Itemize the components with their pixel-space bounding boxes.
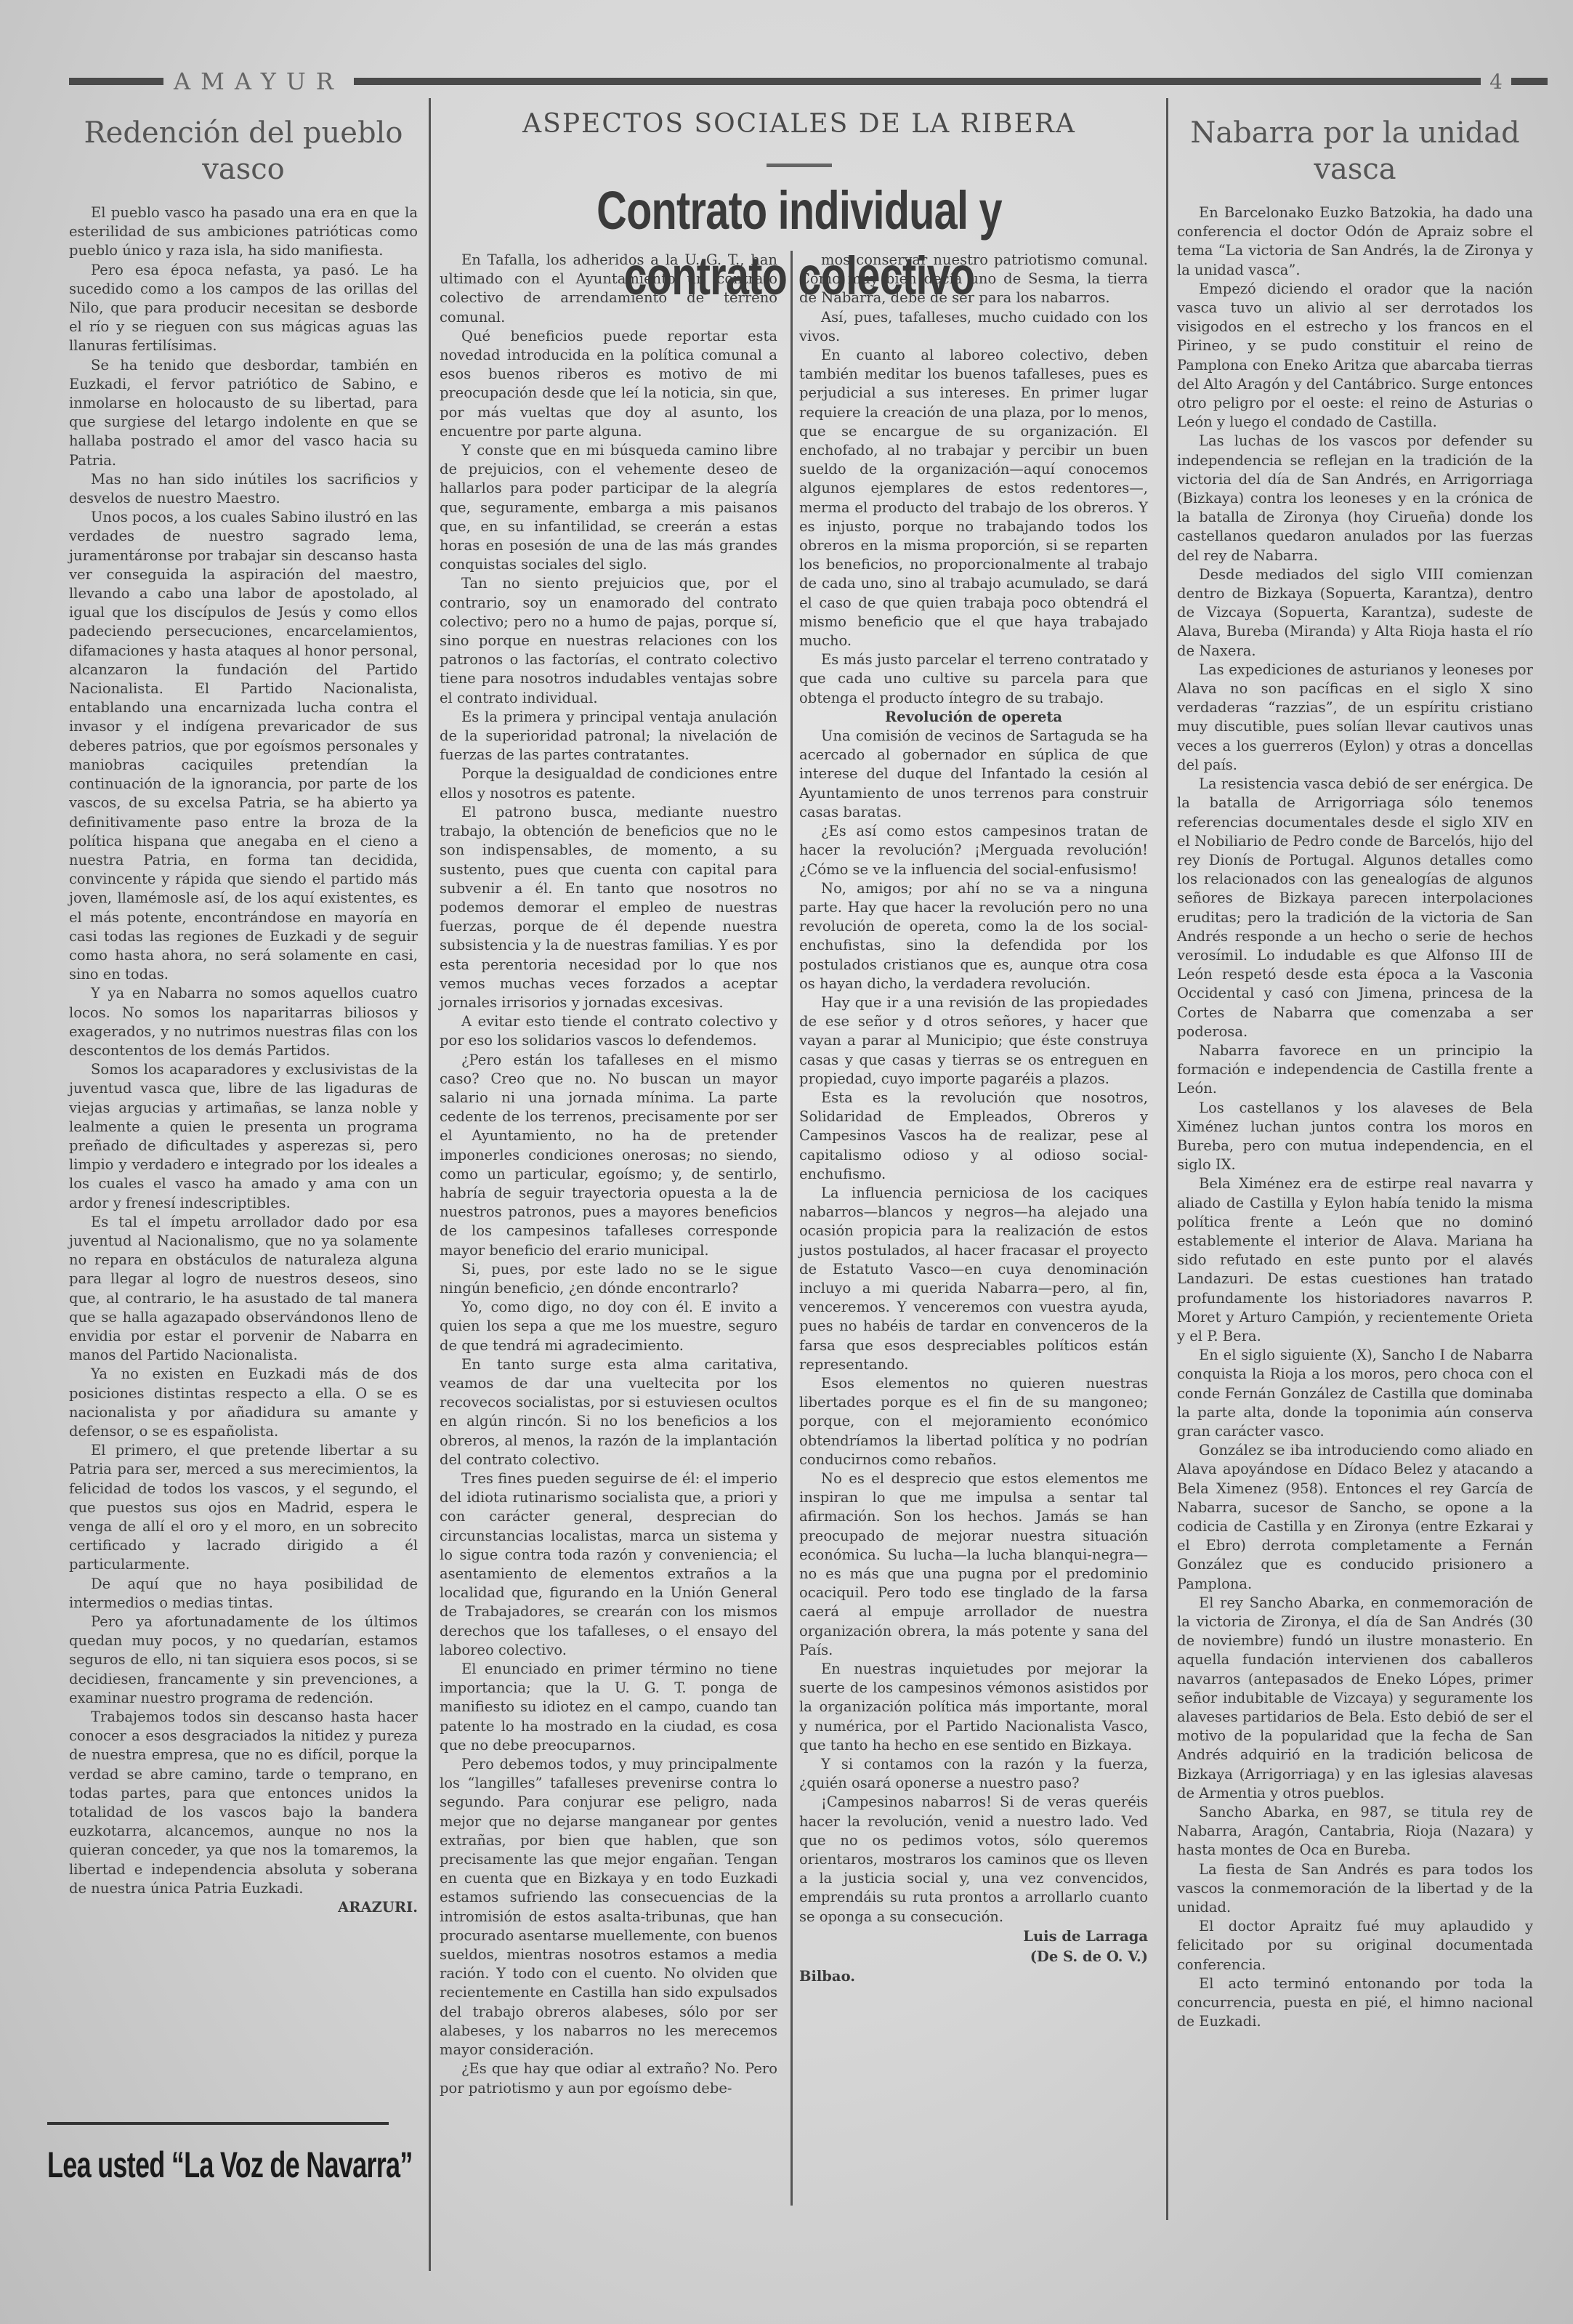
paragraph: En nuestras inquietudes por mejorar la s… xyxy=(799,1660,1148,1755)
masthead-rule xyxy=(69,78,163,85)
masthead-rule xyxy=(354,78,1481,85)
paragraph: ¿Es así como estos campesinos tratan de … xyxy=(799,822,1148,879)
article-body: Una comisión de vecinos de Sartaguda se … xyxy=(799,727,1148,1926)
paragraph: Empezó diciendo el orador que la nación … xyxy=(1177,280,1533,432)
paragraph: González se iba introduciendo como aliad… xyxy=(1177,1441,1533,1594)
paragraph: No es el desprecio que estos elementos m… xyxy=(799,1469,1148,1660)
paragraph: Pero ya afortunadamente de los últimos q… xyxy=(69,1613,418,1708)
advertisement: Lea usted “La Voz de Navarra” xyxy=(47,2144,299,2186)
paragraph: Y conste que en mi búsqueda camino libre… xyxy=(440,441,777,574)
article-redencion: Redención del pueblo vasco El pueblo vas… xyxy=(69,109,418,1917)
paragraph: En tanto surge esta alma caritativa, vea… xyxy=(440,1355,777,1469)
paragraph: El acto terminó entonando por toda la co… xyxy=(1177,1974,1533,2032)
paragraph: Se ha tenido que desbordar, también en E… xyxy=(69,356,418,470)
masthead: AMAYUR 4 xyxy=(69,67,1548,96)
paragraph: Y si contamos con la razón y la fuerza, … xyxy=(799,1755,1148,1793)
paragraph: No, amigos; por ahí no se va a ninguna p… xyxy=(799,879,1148,993)
paragraph: Tres fines pueden seguirse de él: el imp… xyxy=(440,1469,777,1660)
paragraph: El pueblo vasco ha pasado una era en que… xyxy=(69,203,418,261)
paragraph: Yo, como digo, no doy con él. E invito a… xyxy=(440,1298,777,1355)
paragraph: La influencia perniciosa de los caciques… xyxy=(799,1184,1148,1374)
paragraph: Porque la desigualdad de condiciones ent… xyxy=(440,764,777,802)
article-body: mos conservar nuestro patriotismo comuna… xyxy=(799,251,1148,708)
paragraph: Esta es la revolución que nosotros, Soli… xyxy=(799,1089,1148,1184)
paragraph: En cuanto al laboreo colectivo, deben ta… xyxy=(799,346,1148,650)
paragraph: Pero esa época nefasta, ya pasó. Le ha s… xyxy=(69,261,418,356)
newspaper-page: AMAYUR 4 Redención del pueblo vasco El p… xyxy=(0,0,1573,2324)
paragraph: Y ya en Nabarra no somos aquellos cuatro… xyxy=(69,984,418,1060)
author-name: Luis de Larraga xyxy=(1023,1928,1148,1945)
dateline: Bilbao. xyxy=(799,1967,1148,1986)
paragraph: Trabajemos todos sin descanso hasta hace… xyxy=(69,1708,418,1898)
paragraph: A evitar esto tiende el contrato colecti… xyxy=(440,1012,777,1050)
paragraph: La fiesta de San Andrés es para todos lo… xyxy=(1177,1860,1533,1918)
article-signature: ARAZURI. xyxy=(69,1898,418,1917)
article-contrato-part2: mos conservar nuestro patriotismo comuna… xyxy=(799,251,1148,1986)
paragraph: Bela Ximénez era de estirpe real navarra… xyxy=(1177,1174,1533,1346)
paragraph: Es la primera y principal ventaja anulac… xyxy=(440,708,777,765)
paragraph: La resistencia vasca debió de ser enérgi… xyxy=(1177,775,1533,1041)
author-source: (De S. de O. V.) xyxy=(1030,1948,1148,1965)
paragraph: Una comisión de vecinos de Sartaguda se … xyxy=(799,727,1148,822)
paragraph: El rey Sancho Abarka, en conmemoración d… xyxy=(1177,1594,1533,1803)
paragraph: Sancho Abarka, en 987, se titula rey de … xyxy=(1177,1803,1533,1860)
article-title: Nabarra por la unidad vasca xyxy=(1177,115,1533,187)
paragraph: El primero, el que pretende libertar a s… xyxy=(69,1441,418,1574)
paragraph: Los castellanos y los alaveses de Bela X… xyxy=(1177,1099,1533,1175)
paragraph: Las expediciones de asturianos y leonese… xyxy=(1177,661,1533,775)
paragraph: En Barcelonako Euzko Batzokia, ha dado u… xyxy=(1177,203,1533,280)
paragraph: El doctor Apraitz fué muy aplaudido y fe… xyxy=(1177,1917,1533,1974)
newspaper-name: AMAYUR xyxy=(163,68,354,95)
page-number: 4 xyxy=(1481,70,1511,94)
paragraph: Qué beneficios puede reportar esta noved… xyxy=(440,327,777,441)
masthead-rule xyxy=(1511,78,1548,85)
article-body: En Barcelonako Euzko Batzokia, ha dado u… xyxy=(1177,203,1533,2032)
article-nabarra: Nabarra por la unidad vasca En Barcelona… xyxy=(1177,109,1533,2032)
paragraph: Ya no existen en Euzkadi más de dos posi… xyxy=(69,1365,418,1441)
section-kicker: ASPECTOS SOCIALES DE LA RIBERA xyxy=(440,109,1159,139)
paragraph: Desde mediados del siglo VIII comienzan … xyxy=(1177,565,1533,661)
paragraph: De aquí que no haya posibilidad de inter… xyxy=(69,1575,418,1613)
article-contrato-part1: En Tafalla, los adheridos a la U. G. T.,… xyxy=(440,251,777,2098)
paragraph: Nabarra favorece en un principio la form… xyxy=(1177,1041,1533,1099)
column-divider xyxy=(429,98,431,2271)
paragraph: ¡Campesinos nabarros! Si de veras queréi… xyxy=(799,1793,1148,1926)
paragraph: El patrono busca, mediante nuestro traba… xyxy=(440,803,777,1012)
article-body: En Tafalla, los adheridos a la U. G. T.,… xyxy=(440,251,777,2098)
article-title: Redención del pueblo vasco xyxy=(69,115,418,187)
paragraph: Mas no han sido inútiles los sacrificios… xyxy=(69,470,418,508)
kicker-rule xyxy=(767,164,832,167)
paragraph: ¿Es que hay que odiar al extraño? No. Pe… xyxy=(440,2059,777,2097)
paragraph: ¿Pero están los tafalleses en el mismo c… xyxy=(440,1051,777,1260)
article-body: El pueblo vasco ha pasado una era en que… xyxy=(69,203,418,1898)
paragraph: Unos pocos, a los cuales Sabino ilustró … xyxy=(69,508,418,984)
ad-divider xyxy=(47,2122,389,2125)
subheading: Revolución de opereta xyxy=(799,708,1148,727)
paragraph: Así, pues, tafalleses, mucho cuidado con… xyxy=(799,308,1148,346)
paragraph: El enunciado en primer término no tiene … xyxy=(440,1660,777,1755)
paragraph: Si, pues, por este lado no se le sigue n… xyxy=(440,1260,777,1298)
article-signature: Luis de Larraga (De S. de O. V.) xyxy=(799,1926,1148,1967)
paragraph: Somos los acaparadores y exclusivistas d… xyxy=(69,1060,418,1213)
paragraph: mos conservar nuestro patriotismo comuna… xyxy=(799,251,1148,308)
paragraph: Hay que ir a una revisión de las propied… xyxy=(799,993,1148,1089)
column-divider xyxy=(790,251,793,2206)
paragraph: Es más justo parcelar el terreno contrat… xyxy=(799,650,1148,708)
paragraph: Tan no siento prejuicios que, por el con… xyxy=(440,574,777,707)
column-divider xyxy=(1166,98,1168,2220)
paragraph: En el siglo siguiente (X), Sancho I de N… xyxy=(1177,1346,1533,1441)
paragraph: Las luchas de los vascos por defender su… xyxy=(1177,432,1533,565)
paragraph: Es tal el ímpetu arrollador dado por esa… xyxy=(69,1213,418,1365)
paragraph: En Tafalla, los adheridos a la U. G. T.,… xyxy=(440,251,777,327)
paragraph: Esos elementos no quieren nuestras liber… xyxy=(799,1374,1148,1469)
paragraph: Pero debemos todos, y muy principalmente… xyxy=(440,1755,777,2059)
